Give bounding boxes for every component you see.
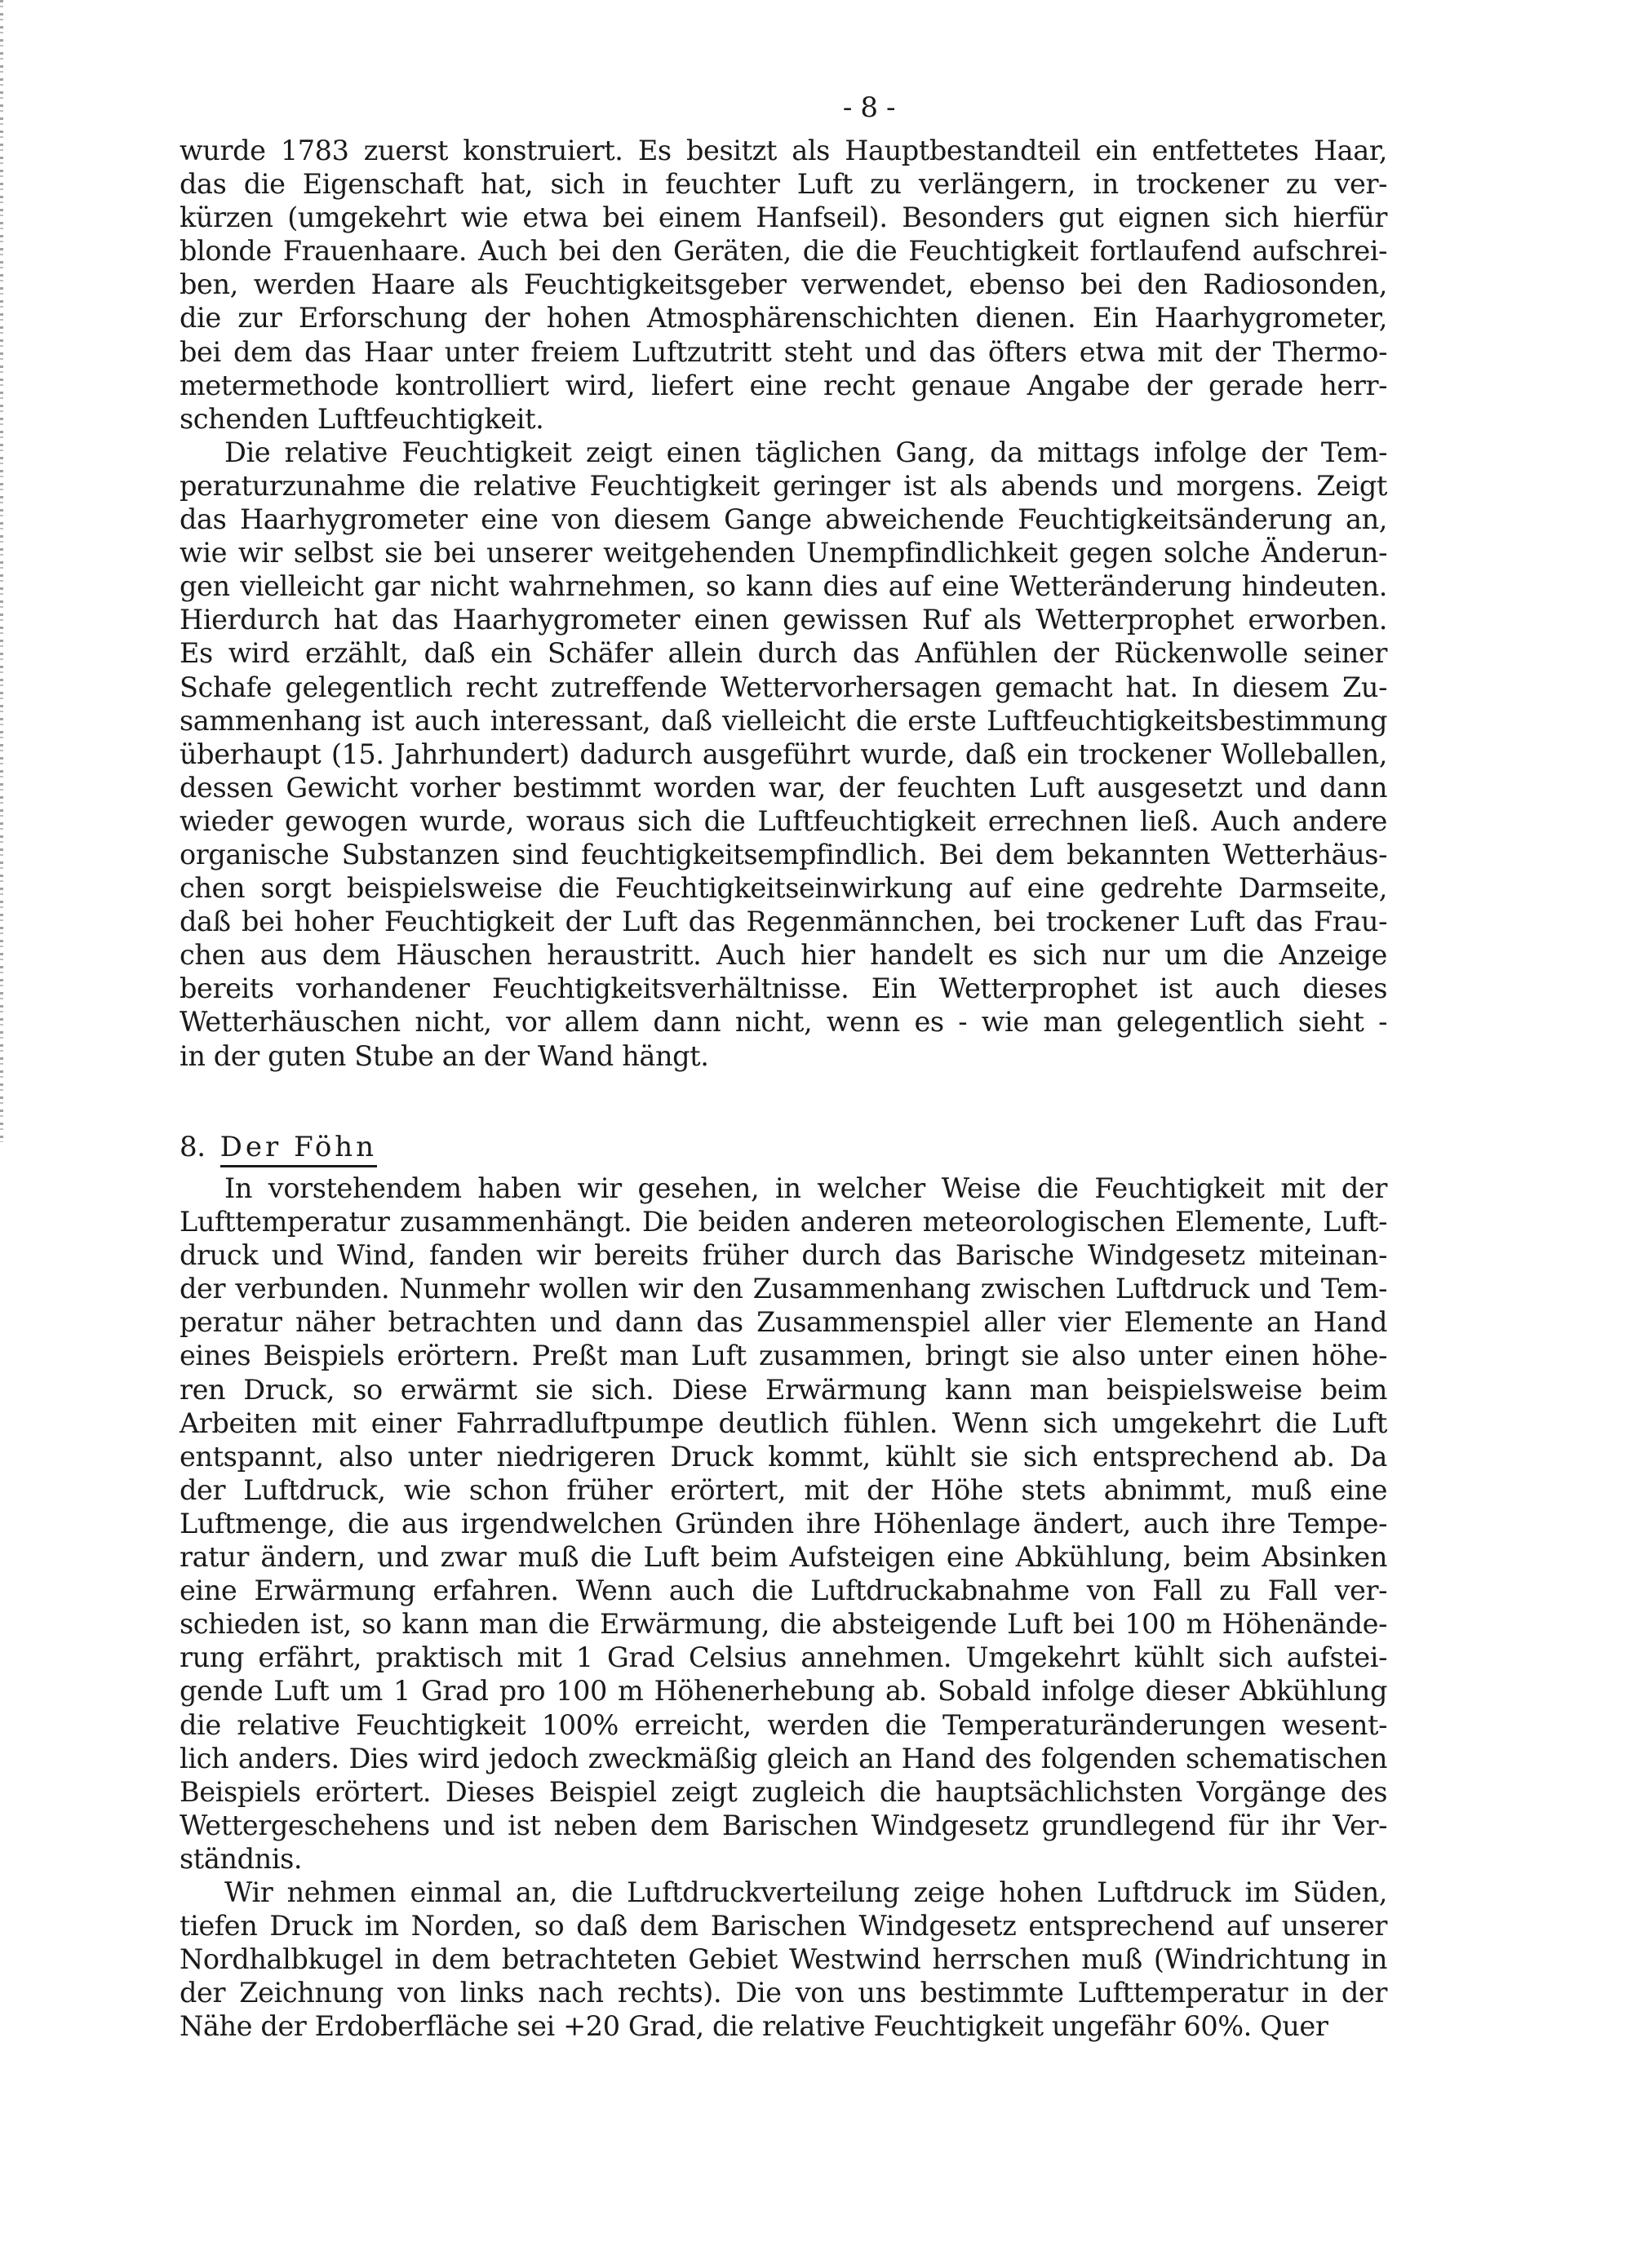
text-line: wie wir selbst sie bei unserer weitgehen… <box>180 536 1387 569</box>
text-line: Wir nehmen einmal an, die Luftdruckverte… <box>180 1876 1387 1909</box>
section-heading: 8.Der Föhn <box>180 1131 377 1164</box>
section-hygrometer: wurde 1783 zuerst konstruiert. Es besitz… <box>180 134 1387 1073</box>
text-line: Wetterhäuschen nicht, vor allem dann nic… <box>180 1005 1387 1039</box>
text-line: rung erfährt, praktisch mit 1 Grad Celsi… <box>180 1641 1387 1674</box>
paragraph: Die relative Feuchtigkeit zeigt einen tä… <box>180 436 1387 1073</box>
text-line: entspannt, also unter niedrigeren Druck … <box>180 1440 1387 1473</box>
text-line: der verbunden. Nunmehr wollen wir den Zu… <box>180 1272 1387 1305</box>
text-line: die relative Feuchtigkeit 100% erreicht,… <box>180 1708 1387 1742</box>
text-line: peratur näher betrachten und dann das Zu… <box>180 1305 1387 1339</box>
text-line: überhaupt (15. Jahrhundert) dadurch ausg… <box>180 738 1387 771</box>
section-number: 8. <box>180 1131 206 1163</box>
text-line: organische Substanzen sind feuchtigkeits… <box>180 838 1387 871</box>
paragraph: Wir nehmen einmal an, die Luftdruckverte… <box>180 1876 1387 2043</box>
section-title: Der Föhn <box>220 1131 377 1167</box>
text-line: in der guten Stube an der Wand hängt. <box>180 1039 1387 1073</box>
text-line: schieden ist, so kann man die Erwärmung,… <box>180 1607 1387 1641</box>
page-number: - 8 - <box>180 91 1559 125</box>
text-line: wieder gewogen wurde, woraus sich die Lu… <box>180 804 1387 838</box>
text-line: Nähe der Erdoberfläche sei +20 Grad, die… <box>180 2009 1387 2043</box>
paragraph: In vorstehendem haben wir gesehen, in we… <box>180 1172 1387 1876</box>
text-line: Arbeiten mit einer Fahrradluftpumpe deut… <box>180 1406 1387 1440</box>
text-line: gen vielleicht gar nicht wahrnehmen, so … <box>180 569 1387 603</box>
text-line: Luftmenge, die aus irgendwelchen Gründen… <box>180 1507 1387 1540</box>
text-line: sammenhang ist auch interessant, daß vie… <box>180 704 1387 738</box>
text-line: chen aus dem Häuschen heraustritt. Auch … <box>180 938 1387 972</box>
text-line: Die relative Feuchtigkeit zeigt einen tä… <box>180 436 1387 469</box>
text-line: Es wird erzählt, daß ein Schäfer allein … <box>180 636 1387 670</box>
text-line: der Zeichnung von links nach rechts). Di… <box>180 1976 1387 2009</box>
text-line: In vorstehendem haben wir gesehen, in we… <box>180 1172 1387 1205</box>
paragraph: wurde 1783 zuerst konstruiert. Es besitz… <box>180 134 1387 436</box>
text-line: ben, werden Haare als Feuchtigkeitsgeber… <box>180 268 1387 301</box>
text-line: chen sorgt beispielsweise die Feuchtigke… <box>180 871 1387 905</box>
text-line: druck und Wind, fanden wir bereits frühe… <box>180 1238 1387 1272</box>
text-line: Beispiels erörtert. Dieses Beispiel zeig… <box>180 1775 1387 1809</box>
text-line: dessen Gewicht vorher bestimmt worden wa… <box>180 771 1387 804</box>
text-line: ren Druck, so erwärmt sie sich. Diese Er… <box>180 1373 1387 1406</box>
text-line: das die Eigenschaft hat, sich in feuchte… <box>180 167 1387 201</box>
text-line: eines Beispiels erörtern. Preßt man Luft… <box>180 1339 1387 1372</box>
text-line: tiefen Druck im Norden, so daß dem Baris… <box>180 1909 1387 1942</box>
text-line: lich anders. Dies wird jedoch zweckmäßig… <box>180 1742 1387 1775</box>
text-line: Schafe gelegentlich recht zutreffende We… <box>180 671 1387 704</box>
text-line: daß bei hoher Feuchtigkeit der Luft das … <box>180 905 1387 938</box>
text-line: blonde Frauenhaare. Auch bei den Geräten… <box>180 234 1387 268</box>
text-line: ratur ändern, und zwar muß die Luft beim… <box>180 1540 1387 1574</box>
text-line: peraturzunahme die relative Feuchtigkeit… <box>180 469 1387 503</box>
text-line: die zur Erforschung der hohen Atmosphäre… <box>180 301 1387 334</box>
text-line: metermethode kontrolliert wird, liefert … <box>180 369 1387 402</box>
text-line: das Haarhygrometer eine von diesem Gange… <box>180 503 1387 536</box>
text-line: der Luftdruck, wie schon früher erörtert… <box>180 1473 1387 1507</box>
text-line: wurde 1783 zuerst konstruiert. Es besitz… <box>180 134 1387 167</box>
text-line: schenden Luftfeuchtigkeit. <box>180 402 1387 436</box>
text-line: Nordhalbkugel in dem betrachteten Gebiet… <box>180 1942 1387 1976</box>
text-line: Wettergeschehens und ist neben dem Baris… <box>180 1809 1387 1842</box>
text-line: kürzen (umgekehrt wie etwa bei einem Han… <box>180 201 1387 234</box>
text-line: ständnis. <box>180 1842 1387 1876</box>
text-line: bereits vorhandener Feuchtigkeitsverhält… <box>180 972 1387 1005</box>
text-line: eine Erwärmung erfahren. Wenn auch die L… <box>180 1574 1387 1607</box>
text-line: Hierdurch hat das Haarhygrometer einen g… <box>180 603 1387 636</box>
section-foehn: In vorstehendem haben wir gesehen, in we… <box>180 1172 1387 2043</box>
text-line: Lufttemperatur zusammenhängt. Die beiden… <box>180 1205 1387 1238</box>
scan-edge-artifact <box>0 0 3 1142</box>
text-line: bei dem das Haar unter freiem Luftzutrit… <box>180 335 1387 369</box>
text-line: gende Luft um 1 Grad pro 100 m Höhenerhe… <box>180 1674 1387 1708</box>
